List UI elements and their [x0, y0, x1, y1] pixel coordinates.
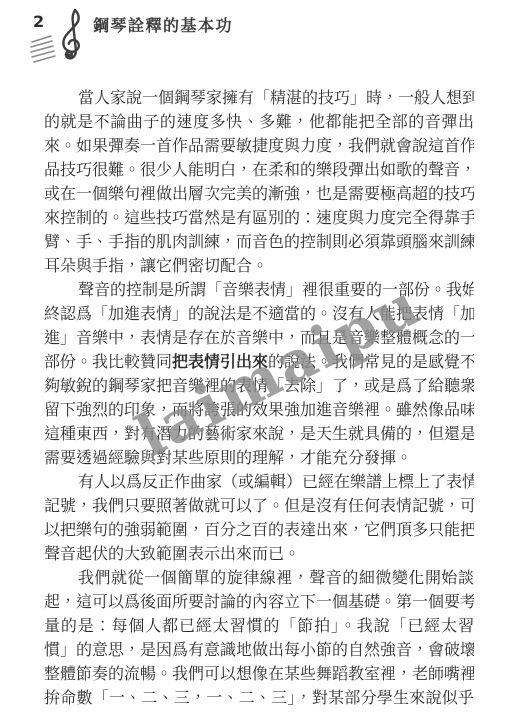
text-line: 來。如果彈奏一首作品需要敏捷度與力度，我們就會說這首作	[44, 134, 474, 158]
text-line: 當人家說一個鋼琴家擁有「精湛的技巧」時，一般人想到	[44, 86, 474, 110]
text-line: 有人以爲反正作曲家（或編輯）已經在樂譜上標上了表情	[44, 470, 474, 494]
text-line: 臂、手、手指的肌肉訓練，而音色的控制則必須靠頭腦來訓練	[44, 230, 474, 254]
text-line: 進」音樂中，表情是存在於音樂中，而且是音樂整體概念的一	[44, 326, 474, 350]
text-line: 量的是：每個人都已經太習慣的「節拍」。我說「已經太習	[44, 614, 474, 638]
text-line: 整體節奏的流暢。我們可以想像在某些舞蹈教室裡，老師嘴裡	[44, 662, 474, 686]
text-line: 我們就從一個簡單的旋律線裡，聲音的細微變化開始談	[44, 566, 474, 590]
text-line: 聲音的控制是所謂「音樂表情」裡很重要的一部份。我始	[44, 278, 474, 302]
text-line: 這種東西，對有潛力的藝術家來說，是天生就具備的，但還是	[44, 422, 474, 446]
text-line: 耳朵與手指，讓它們密切配合。	[44, 254, 474, 278]
text-line: 終認爲「加進表情」的說法是不適當的。沒有人能把表情「加	[44, 302, 474, 326]
page-header: 2 鋼琴詮釋的基本功	[0, 0, 510, 70]
text-line: 需要透過經驗與對某些原則的理解，才能充分發揮。	[44, 446, 474, 470]
text-line: 的就是不論曲子的速度多快、多難，他都能把全部的音彈出	[44, 110, 474, 134]
page-title: 鋼琴詮釋的基本功	[93, 13, 233, 36]
text-line: 留下強烈的印象，而將誇張的效果強加進音樂裡。雖然像品味	[44, 398, 474, 422]
text-line: 夠敏銳的鋼琴家把音樂裡的表情「去除」了，或是爲了給聽衆	[44, 374, 474, 398]
text-line: 品技巧很難。很少人能明白，在柔和的樂段彈出如歌的聲音，	[44, 158, 474, 182]
text-line: 慣」的意思，是因爲有意識地做出每小節的自然強音，會破壞	[44, 638, 474, 662]
body-text: 當人家說一個鋼琴家擁有「精湛的技巧」時，一般人想到的就是不論曲子的速度多快、多難…	[44, 86, 474, 710]
text-line: 記號，我們只要照著做就可以了。但是沒有任何表情記號，可	[44, 494, 474, 518]
paragraph: 有人以爲反正作曲家（或編輯）已經在樂譜上標上了表情記號，我們只要照著做就可以了。…	[44, 470, 474, 566]
text-line: 以把樂句的強弱範圍，百分之百的表達出來，它們頂多只能把	[44, 518, 474, 542]
treble-clef-icon	[30, 7, 86, 65]
text-line: 聲音起伏的大致範圍表示出來而已。	[44, 542, 474, 566]
paragraph: 當人家說一個鋼琴家擁有「精湛的技巧」時，一般人想到的就是不論曲子的速度多快、多難…	[44, 86, 474, 278]
book-page: 2 鋼琴詮釋的基本功 當人家說一個鋼琴家擁有「精湛的技巧」時，一般人想到的就是不…	[0, 0, 510, 721]
text-line: 或在一個樂句裡做出層次完美的漸強，也是需要極高超的技巧	[44, 182, 474, 206]
text-line: 來控制的。這些技巧當然是有區別的：速度與力度完全得靠手	[44, 206, 474, 230]
text-line: 拚命數「一、二、三，一、二、三」，對某部分學生來說似乎	[44, 686, 474, 710]
text-line: 起，這可以爲後面所要討論的內容立下一個基礎。第一個要考	[44, 590, 474, 614]
paragraph: 聲音的控制是所謂「音樂表情」裡很重要的一部份。我始終認爲「加進表情」的說法是不適…	[44, 278, 474, 470]
paragraph: 我們就從一個簡單的旋律線裡，聲音的細微變化開始談起，這可以爲後面所要討論的內容立…	[44, 566, 474, 710]
text-line: 部份。我比較贊同把表情引出來的說法。我們常見的是感覺不	[44, 350, 474, 374]
